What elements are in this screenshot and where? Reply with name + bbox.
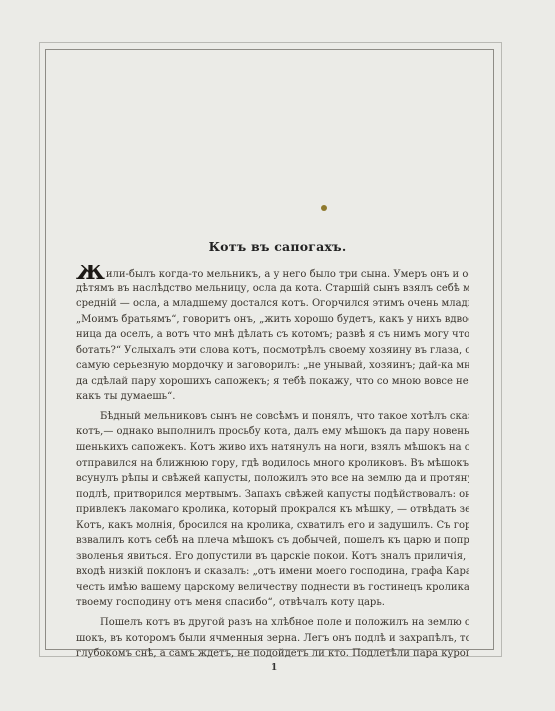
text-line: средній — осла, а младшему достался котъ… [76,296,469,312]
paragraph-1: Жили-былъ когда-то мельникъ, а у него бы… [76,265,469,405]
text-line: входѣ низкій поклонъ и сказалъ: „отъ име… [76,564,469,580]
text-line: привлекъ лакомаго кролика, который прокр… [76,502,469,518]
text-line: зволенья явиться. Его допустили въ царск… [76,549,469,565]
text-line: шенькихъ сапожекъ. Котъ живо ихъ натянул… [76,440,469,456]
text-line: „Моимъ братьямъ“, говоритъ онъ, „жить хо… [76,312,469,328]
text-line: отправился на ближнюю гору, гдѣ водилось… [76,456,469,472]
text-line: глубокомъ снѣ, а самъ ждетъ, не подойдет… [76,646,469,662]
story-body: Жили-былъ когда-то мельникъ, а у него бы… [76,265,469,662]
text-line: Жили-былъ когда-то мельникъ, а у него бы… [76,265,469,281]
text-line: котъ,— однако выполнилъ просьбу кота, да… [76,424,469,440]
drop-cap: Ж [76,265,105,281]
text-line: ботать?“ Услыхалъ эти слова котъ, посмот… [76,343,469,359]
ink-spot [321,205,327,211]
text-line: всунулъ рѣпы и свѣжей капусты, положилъ … [76,471,469,487]
text-line: ница да оселъ, а вотъ что мнѣ дѣлать съ … [76,327,469,343]
text-line: шокъ, въ которомъ были ячменныя зерна. Л… [76,631,469,647]
page-number: 1 [271,663,277,673]
text-line: честь имѣю вашему царскому величеству по… [76,580,469,596]
text-line: дѣтямъ въ наслѣдство мельницу, осла да к… [76,281,469,297]
text-line: взвалилъ котъ себѣ на плеча мѣшокъ съ до… [76,533,469,549]
text-line: подлѣ, притворился мертвымъ. Запахъ свѣж… [76,487,469,503]
text-line: да сдѣлай пару хорошихъ сапожекъ; я тебѣ… [76,374,469,390]
story-title: Котъ въ сапогахъ. [0,239,555,254]
text-line: Бѣдный мельниковъ сынъ не совсѣмъ и поня… [76,409,469,425]
text-line: самую серьезную мордочку и заговорилъ: „… [76,358,469,374]
paragraph-3: Пошелъ котъ въ другой разъ на хлѣбное по… [76,615,469,662]
text-line: Пошелъ котъ въ другой разъ на хлѣбное по… [76,615,469,631]
text-line: Котъ, какъ молнія, бросился на кролика, … [76,518,469,534]
text-line: твоему господину отъ меня спасибо“, отвѣ… [76,595,469,611]
text-line: какъ ты думаешь“. [76,389,469,405]
paragraph-2: Бѣдный мельниковъ сынъ не совсѣмъ и поня… [76,409,469,611]
